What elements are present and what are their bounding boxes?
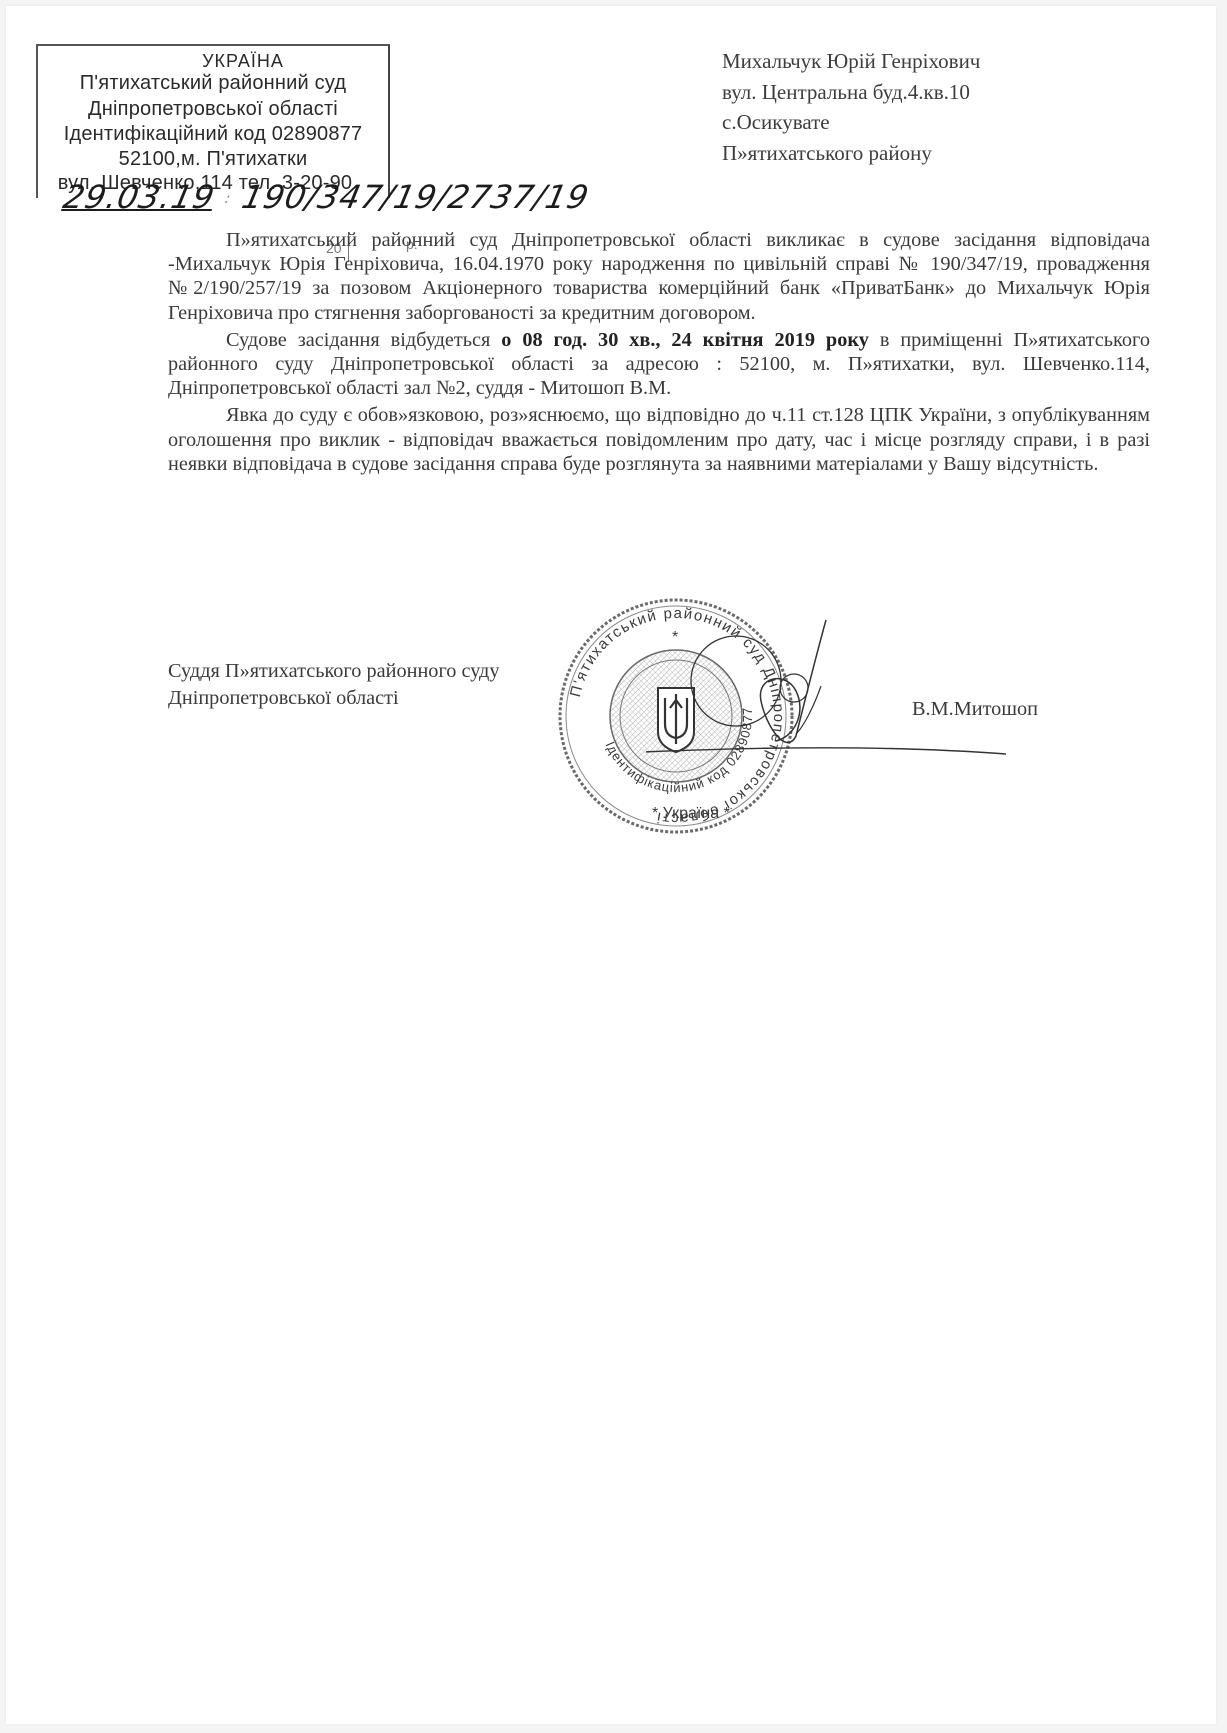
paragraph-hearing: Судове засідання відбудеться о 08 год. 3… (168, 328, 1150, 401)
hearing-datetime: о 08 год. 30 хв., 24 квітня 2019 року (501, 329, 869, 351)
stamp-region: Дніпропетровської області (38, 98, 388, 120)
handwritten-registration: 29.03.19 : 190/347/19/2737/19 (60, 178, 593, 216)
signature-title: Суддя П»ятихатського районного суду Дніп… (168, 658, 500, 712)
seal-graphic: П'ятихатський районний суд Дніпропетровс… (556, 596, 796, 836)
hearing-intro: Судове засідання відбудеться (226, 329, 501, 351)
addressee-name: Михальчук Юрій Генріхович (722, 46, 980, 77)
paragraph-summons: П»ятихатський районний суд Дніпропетровс… (168, 228, 1150, 325)
summons-body: П»ятихатський районний суд Дніпропетровс… (168, 228, 1150, 476)
seal-star: * (672, 629, 678, 646)
stamp-court-name: П'ятихатський районний суд (38, 72, 388, 94)
handwritten-date: 29.03.19 (60, 178, 219, 216)
stamp-id-code: Ідентифікаційний код 02890877 (38, 123, 388, 145)
separator-mark: : (224, 191, 233, 207)
addressee-street: вул. Центральна буд.4.кв.10 (722, 77, 980, 108)
signature-title-line2: Дніпропетровської області (168, 685, 500, 712)
judge-name: В.М.Митошоп (912, 698, 1038, 721)
signature-title-line1: Суддя П»ятихатського районного суду (168, 658, 500, 685)
stamp-country: УКРАЇНА (68, 50, 418, 72)
addressee-district: П»ятихатського району (722, 138, 980, 169)
document-page: УКРАЇНА П'ятихатський районний суд Дніпр… (6, 6, 1216, 1724)
registration-stamp: УКРАЇНА П'ятихатський районний суд Дніпр… (36, 44, 390, 198)
paragraph-attendance: Явка до суду є обов»язковою, роз»яснюємо… (168, 403, 1150, 476)
seal-bottom-text: * Україна * (652, 805, 730, 822)
handwritten-number: 190/347/19/2737/19 (239, 178, 593, 216)
stamp-postal: 52100,м. П'ятихатки (38, 148, 388, 170)
court-seal: П'ятихатський районний суд Дніпропетровс… (556, 596, 796, 836)
addressee-village: с.Осикувате (722, 107, 980, 138)
addressee-block: Михальчук Юрій Генріхович вул. Центральн… (722, 46, 980, 168)
